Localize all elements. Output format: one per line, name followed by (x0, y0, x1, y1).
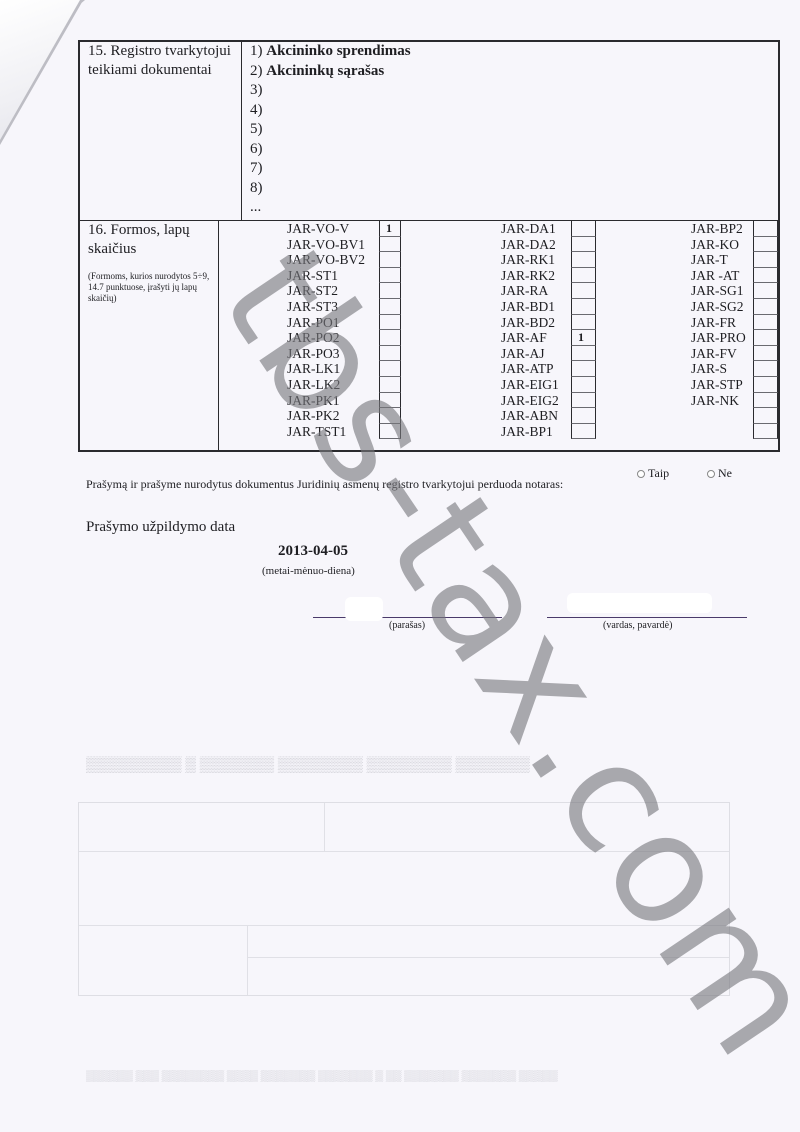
redacted-name (567, 593, 712, 613)
form-item: JAR-BP1 (501, 424, 596, 440)
document-list: 1) Akcininko sprendimas2) Akcininkų sąra… (242, 42, 778, 218)
document-item-text: Akcininkų sąrašas (266, 63, 384, 79)
form-page-count-box[interactable] (753, 252, 778, 268)
form-page-count-box[interactable] (571, 393, 596, 409)
form-code: JAR-VO-BV2 (287, 252, 379, 268)
form-code: JAR-PO3 (287, 346, 379, 362)
form-page-count-box[interactable] (753, 346, 778, 362)
form-item: JAR-T (691, 252, 778, 268)
document-item-number: 2) (250, 63, 263, 79)
form-item: JAR-NK (691, 393, 778, 409)
form-code: JAR-BD1 (501, 299, 571, 315)
form-page-count-box[interactable]: 1 (379, 221, 401, 237)
form-code: JAR-SG2 (691, 299, 753, 315)
form-code: JAR-PK2 (287, 408, 379, 424)
form-code: JAR-ST2 (287, 283, 379, 299)
form-code: JAR-RA (501, 283, 571, 299)
section-16-label: 16. Formos, lapų skaičius (88, 221, 212, 259)
form-item: JAR-RK2 (501, 268, 596, 284)
form-item (691, 408, 778, 424)
form-page-count-box[interactable] (571, 424, 596, 440)
form-page-count-box[interactable] (571, 346, 596, 362)
radio-yes[interactable]: Taip (637, 466, 669, 481)
form-item: JAR-PO2 (287, 330, 401, 346)
form-item: JAR-ST2 (287, 283, 401, 299)
form-page-count-box[interactable] (753, 408, 778, 424)
bleed-through-table (78, 802, 730, 996)
form-item: JAR-DA1 (501, 221, 596, 237)
form-code: JAR-SG1 (691, 283, 753, 299)
form-code: JAR-RK1 (501, 252, 571, 268)
form-code: JAR -AT (691, 268, 753, 284)
form-code: JAR-LK2 (287, 377, 379, 393)
document-item-number: 4) (250, 102, 263, 118)
document-item: 7) (250, 159, 778, 179)
form-code: JAR-PK1 (287, 393, 379, 409)
form-code: JAR-ST1 (287, 268, 379, 284)
section-15-label: 15. Registro tvarkytojui teikiami dokume… (80, 42, 242, 220)
radio-no-label: Ne (718, 466, 732, 481)
form-page-count-box[interactable] (571, 221, 596, 237)
document-item: ... (250, 198, 778, 218)
form-page-count-box[interactable] (571, 237, 596, 253)
document-item-number: 7) (250, 160, 263, 176)
form-table: 15. Registro tvarkytojui teikiami dokume… (78, 40, 780, 452)
form-item: JAR-AF1 (501, 330, 596, 346)
form-item: JAR-S (691, 361, 778, 377)
document-item-number: 5) (250, 121, 263, 137)
form-item: JAR-DA2 (501, 237, 596, 253)
bleed-through-footnote: ▒▒▒▒▒▒ ▒▒▒ ▒▒▒▒▒▒▒▒ ▒▒▒▒ ▒▒▒▒▒▒▒ ▒▒▒▒▒▒▒… (86, 1070, 558, 1082)
form-page-count-box[interactable] (379, 299, 401, 315)
form-page-count-box[interactable] (571, 361, 596, 377)
form-item: JAR-PO1 (287, 315, 401, 331)
form-page-count-box[interactable] (753, 283, 778, 299)
document-item-number: 3) (250, 82, 263, 98)
form-item (691, 424, 778, 440)
form-code: JAR-RK2 (501, 268, 571, 284)
form-code: JAR-PRO (691, 330, 753, 346)
form-page-count-box[interactable] (571, 252, 596, 268)
form-item: JAR-RK1 (501, 252, 596, 268)
form-code: JAR-EIG1 (501, 377, 571, 393)
form-item: JAR-FR (691, 315, 778, 331)
document-item: 3) (250, 81, 778, 101)
form-page-count-box[interactable] (379, 252, 401, 268)
form-code: JAR-TST1 (287, 424, 379, 440)
form-code: JAR-T (691, 252, 753, 268)
form-item: JAR-LK2 (287, 377, 401, 393)
form-item: JAR-ABN (501, 408, 596, 424)
form-page-count-box[interactable]: 1 (571, 330, 596, 346)
section-16-row: 16. Formos, lapų skaičius (Formoms, kuri… (80, 221, 778, 450)
form-code: JAR-S (691, 361, 753, 377)
form-code: JAR-ABN (501, 408, 571, 424)
radio-no-circle[interactable] (707, 470, 715, 478)
form-page-count-box[interactable] (753, 330, 778, 346)
form-code: JAR-BD2 (501, 315, 571, 331)
form-page-count-box[interactable] (379, 361, 401, 377)
form-page-count-box[interactable] (753, 315, 778, 331)
document-item: 6) (250, 140, 778, 160)
form-page-count-box[interactable] (571, 268, 596, 284)
form-page-count-box[interactable] (571, 283, 596, 299)
form-page-count-box[interactable] (753, 268, 778, 284)
form-item: JAR-VO-BV2 (287, 252, 401, 268)
form-item: JAR-ST3 (287, 299, 401, 315)
form-page-count-box[interactable] (571, 299, 596, 315)
section-16-note: (Formoms, kurios nurodytos 5÷9, 14.7 pun… (88, 271, 212, 304)
form-code: JAR-VO-V (287, 221, 379, 237)
form-item: JAR -AT (691, 268, 778, 284)
radio-yes-circle[interactable] (637, 470, 645, 478)
document-item: 4) (250, 101, 778, 121)
form-page-count-box[interactable] (379, 268, 401, 284)
form-code: JAR-AJ (501, 346, 571, 362)
form-code: JAR-VO-BV1 (287, 237, 379, 253)
form-item: JAR-STP (691, 377, 778, 393)
form-item: JAR-BP2 (691, 221, 778, 237)
form-item: JAR-TST1 (287, 424, 401, 440)
form-page-count-box[interactable] (379, 408, 401, 424)
form-item: JAR-VO-V1 (287, 221, 401, 237)
name-caption: (vardas, pavardė) (603, 620, 672, 631)
date-label: Prašymo užpildymo data (86, 519, 235, 536)
form-code: JAR-LK1 (287, 361, 379, 377)
form-code: JAR-DA2 (501, 237, 571, 253)
form-code: JAR-DA1 (501, 221, 571, 237)
form-code: JAR-BP2 (691, 221, 753, 237)
document-item: 8) (250, 179, 778, 199)
forms-grid: JAR-VO-V1JAR-VO-BV1JAR-VO-BV2JAR-ST1JAR-… (219, 221, 778, 450)
document-item: 1) Akcininko sprendimas (250, 42, 778, 62)
radio-no[interactable]: Ne (707, 466, 732, 481)
form-item: JAR-BD1 (501, 299, 596, 315)
date-value: 2013-04-05 (278, 543, 348, 560)
form-page-count-box[interactable] (379, 315, 401, 331)
form-page-count-box[interactable] (753, 299, 778, 315)
form-item: JAR-AJ (501, 346, 596, 362)
forms-column: JAR-BP2JAR-KOJAR-TJAR -ATJAR-SG1JAR-SG2J… (691, 221, 778, 450)
form-page-count-box[interactable] (379, 377, 401, 393)
form-item: JAR-EIG2 (501, 393, 596, 409)
form-code: JAR-ATP (501, 361, 571, 377)
form-code: JAR-FV (691, 346, 753, 362)
form-page-count-box[interactable] (571, 408, 596, 424)
document-item: 5) (250, 120, 778, 140)
form-item: JAR-RA (501, 283, 596, 299)
document-item: 2) Akcininkų sąrašas (250, 62, 778, 82)
form-code: JAR-PO2 (287, 330, 379, 346)
form-item: JAR-PK2 (287, 408, 401, 424)
form-page-count-box[interactable] (379, 393, 401, 409)
form-page-count-box[interactable] (753, 237, 778, 253)
form-item: JAR-VO-BV1 (287, 237, 401, 253)
form-item: JAR-PRO (691, 330, 778, 346)
document-item-number: 6) (250, 141, 263, 157)
document-item-number: 1) (250, 43, 263, 59)
form-code: JAR-STP (691, 377, 753, 393)
date-hint: (metai-mėnuo-diena) (262, 565, 355, 577)
section-15-row: 15. Registro tvarkytojui teikiami dokume… (80, 42, 778, 221)
form-page-count-box[interactable] (753, 221, 778, 237)
forms-column: JAR-VO-V1JAR-VO-BV1JAR-VO-BV2JAR-ST1JAR-… (287, 221, 401, 450)
form-code: JAR-BP1 (501, 424, 571, 440)
document-item-text: Akcininko sprendimas (266, 43, 410, 59)
form-code: JAR-FR (691, 315, 753, 331)
form-item: JAR-SG2 (691, 299, 778, 315)
form-page-count-box[interactable] (379, 237, 401, 253)
form-code: JAR-ST3 (287, 299, 379, 315)
form-page-count-box[interactable] (753, 424, 778, 440)
form-page-count-box[interactable] (753, 377, 778, 393)
redacted-signature (345, 597, 383, 621)
form-item: JAR-PK1 (287, 393, 401, 409)
form-item: JAR-ST1 (287, 268, 401, 284)
form-page-count-box[interactable] (379, 283, 401, 299)
form-code: JAR-AF (501, 330, 571, 346)
form-page-count-box[interactable] (571, 315, 596, 331)
signature-line (313, 617, 502, 618)
form-item: JAR-PO3 (287, 346, 401, 362)
form-page-count-box[interactable] (379, 330, 401, 346)
form-item: JAR-EIG1 (501, 377, 596, 393)
form-code: JAR-KO (691, 237, 753, 253)
form-page-count-box[interactable] (753, 361, 778, 377)
radio-yes-label: Taip (648, 466, 669, 481)
form-item: JAR-ATP (501, 361, 596, 377)
form-item: JAR-LK1 (287, 361, 401, 377)
document-item-number: 8) (250, 180, 263, 196)
form-page-count-box[interactable] (379, 346, 401, 362)
form-page-count-box[interactable] (379, 424, 401, 440)
signature-caption: (parašas) (389, 620, 425, 631)
form-item: JAR-SG1 (691, 283, 778, 299)
name-line (547, 617, 747, 618)
form-page-count-box[interactable] (571, 377, 596, 393)
form-item: JAR-FV (691, 346, 778, 362)
document-item-number: ... (250, 199, 261, 215)
forms-column: JAR-DA1JAR-DA2JAR-RK1JAR-RK2JAR-RAJAR-BD… (501, 221, 596, 450)
form-item: JAR-KO (691, 237, 778, 253)
form-code: JAR-PO1 (287, 315, 379, 331)
bleed-through-heading: ▒▒▒▒▒▒▒▒▒ ▒ ▒▒▒▒▒▒▒ ▒▒▒▒▒▒▒▒ ▒▒▒▒▒▒▒▒ ▒▒… (86, 757, 530, 774)
form-page-count-box[interactable] (753, 393, 778, 409)
page-corner-fold (0, 0, 80, 140)
form-code: JAR-NK (691, 393, 753, 409)
form-item: JAR-BD2 (501, 315, 596, 331)
form-code: JAR-EIG2 (501, 393, 571, 409)
notary-question: Prašymą ir prašyme nurodytus dokumentus … (86, 477, 563, 492)
